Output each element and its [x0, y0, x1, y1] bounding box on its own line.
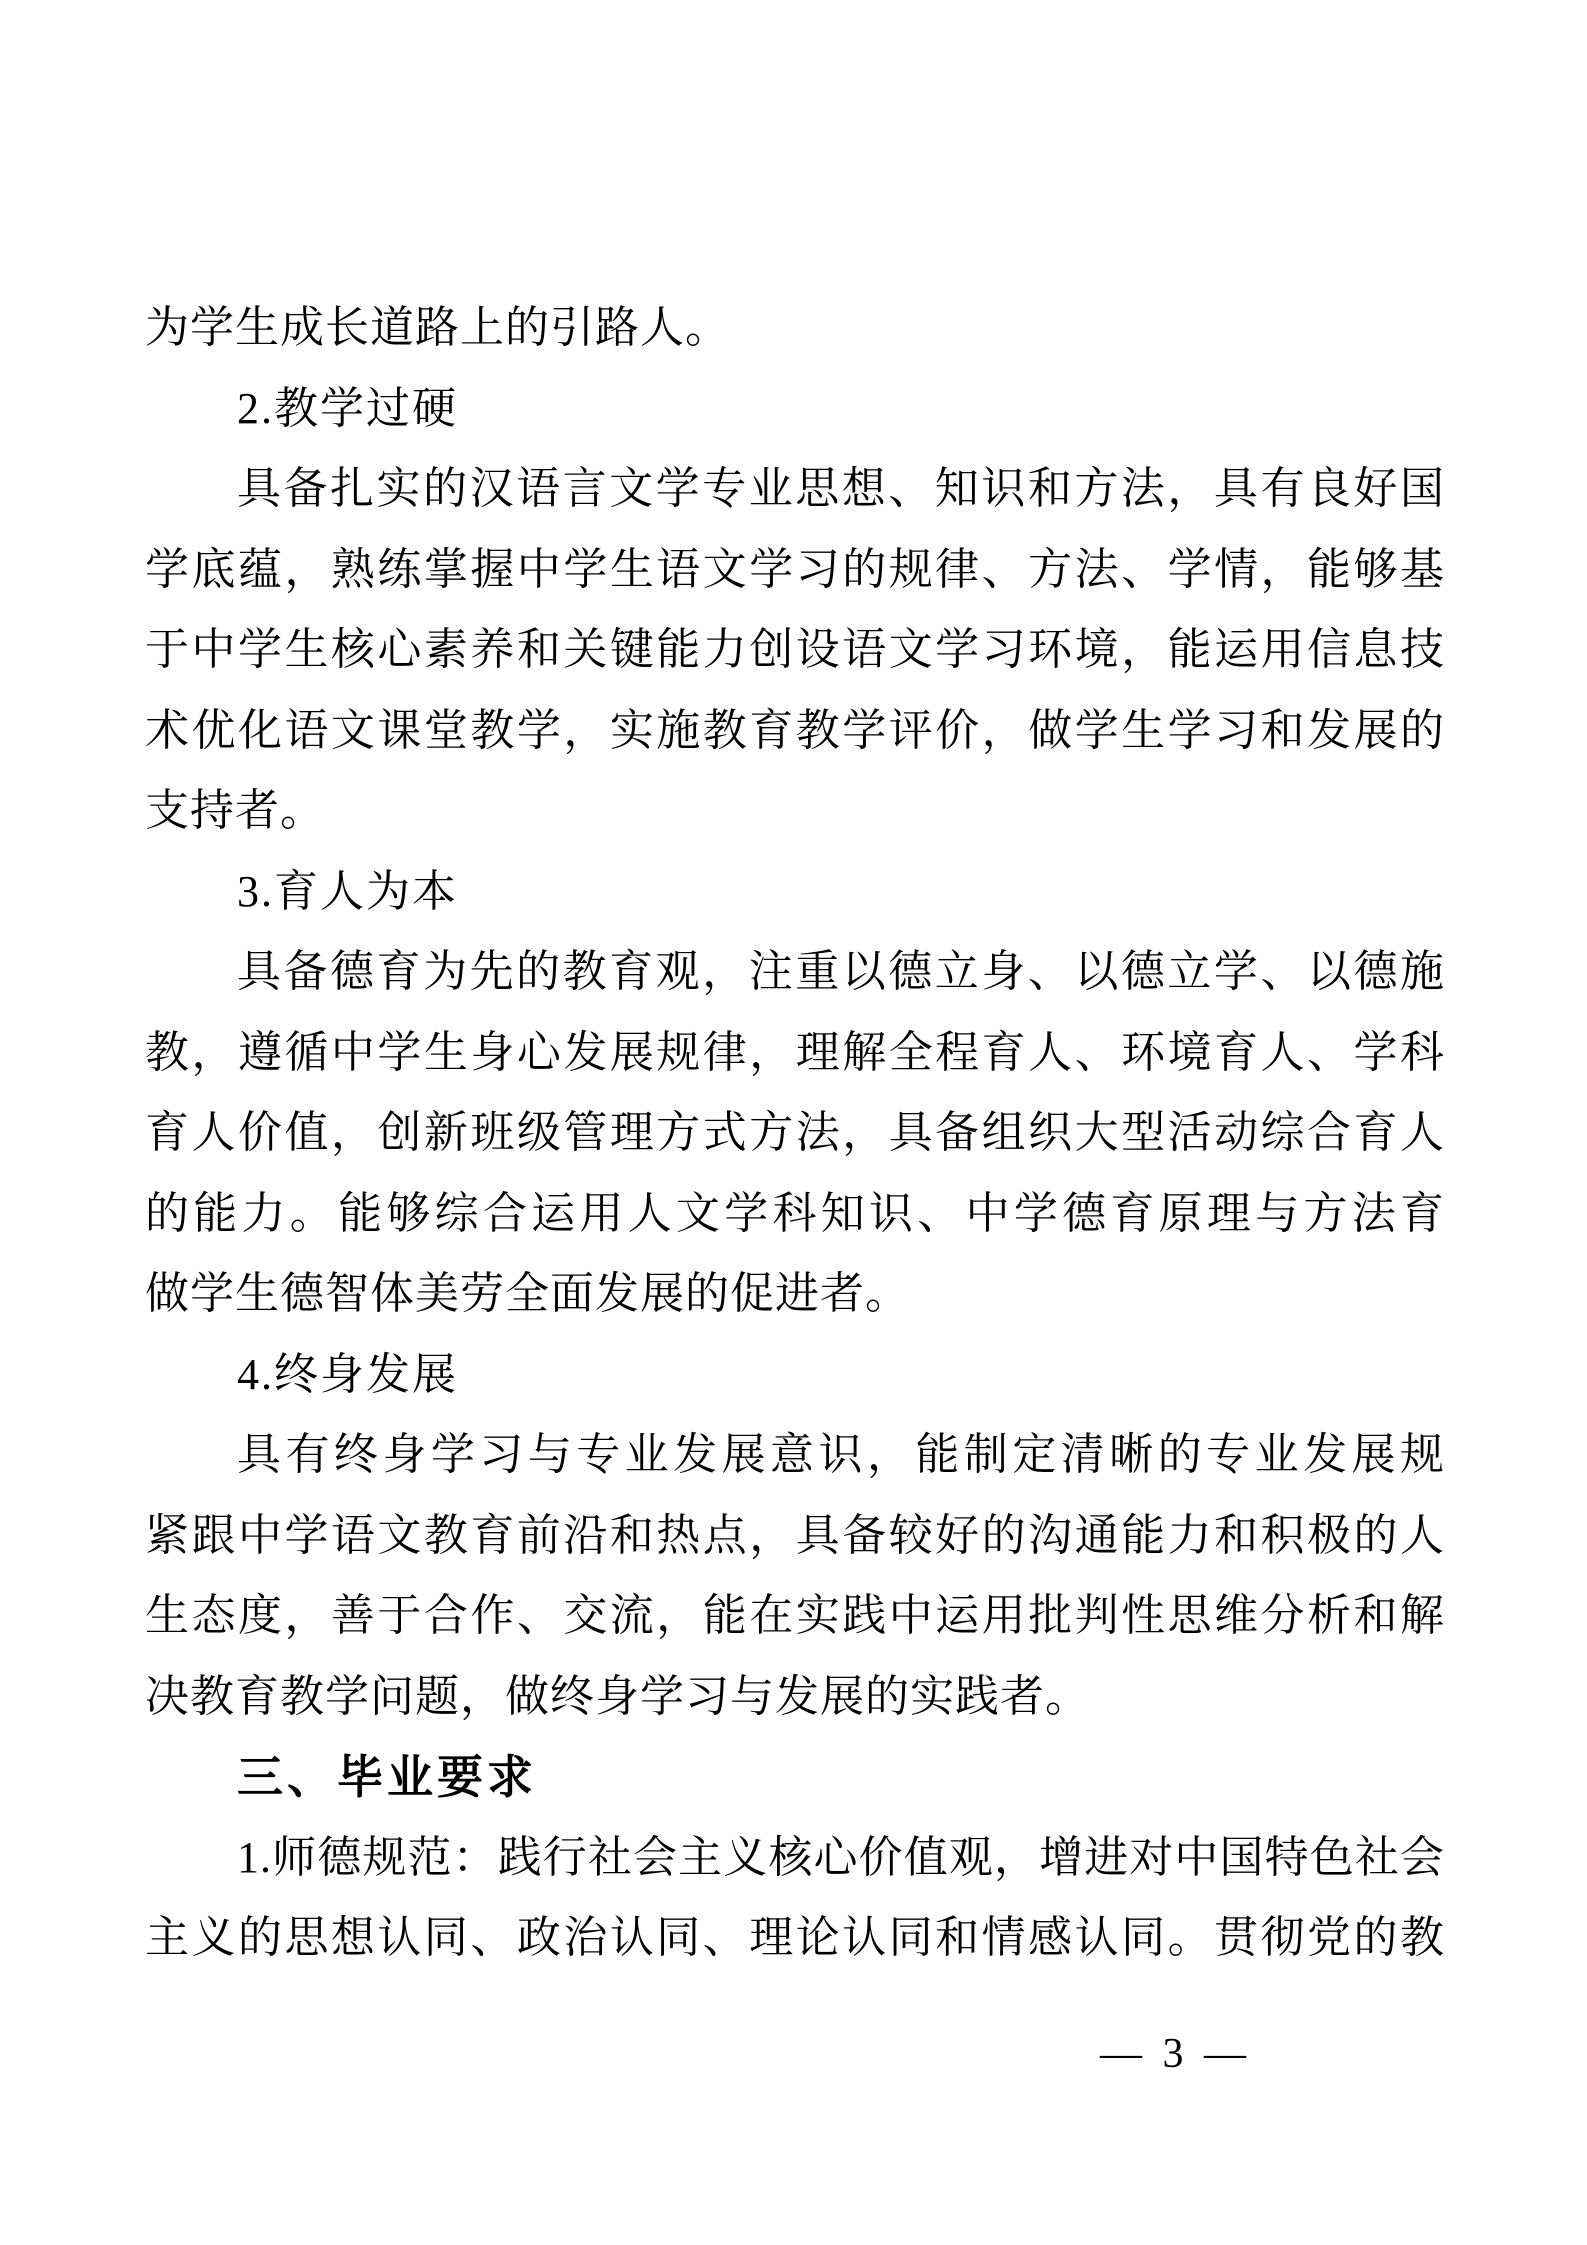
text-line: 做学生德智体美劳全面发展的促进者。 [145, 1254, 1445, 1335]
page-text-block: 为学生成长道路上的引路人。2.教学过硬具备扎实的汉语言文学专业思想、知识和方法，… [145, 288, 1445, 1979]
text-line: 术优化语文课堂教学，实施教育教学评价，做学生学习和发展的 [145, 691, 1445, 772]
section-heading: 3.育人为本 [145, 852, 1445, 933]
text-line: 生态度，善于合作、交流，能在实践中运用批判性思维分析和解 [145, 1576, 1445, 1657]
footer-page-number: — 3 — [1100, 2030, 1251, 2078]
text-line: 具有终身学习与专业发展意识，能制定清晰的专业发展规划， [145, 1415, 1445, 1496]
text-line: 为学生成长道路上的引路人。 [145, 288, 1445, 369]
section-heading: 三、毕业要求 [145, 1737, 1445, 1818]
section-heading: 2.教学过硬 [145, 369, 1445, 450]
text-line: 教，遵循中学生身心发展规律，理解全程育人、环境育人、学科 [145, 1013, 1445, 1094]
text-line: 紧跟中学语文教育前沿和热点，具备较好的沟通能力和积极的人 [145, 1496, 1445, 1577]
text-line: 主义的思想认同、政治认同、理论认同和情感认同。贯彻党的教 [145, 1898, 1445, 1979]
text-line: 决教育教学问题，做终身学习与发展的实践者。 [145, 1657, 1445, 1738]
text-line: 支持者。 [145, 771, 1445, 852]
text-line: 具备德育为先的教育观，注重以德立身、以德立学、以德施 [145, 932, 1445, 1013]
section-heading: 4.终身发展 [145, 1335, 1445, 1416]
text-line: 学底蕴，熟练掌握中学生语文学习的规律、方法、学情，能够基 [145, 530, 1445, 611]
text-line: 于中学生核心素养和关键能力创设语文学习环境，能运用信息技 [145, 610, 1445, 691]
text-line: 的能力。能够综合运用人文学科知识、中学德育原理与方法育人， [145, 1174, 1445, 1255]
text-line: 具备扎实的汉语言文学专业思想、知识和方法，具有良好国 [145, 449, 1445, 530]
text-line: 1.师德规范：践行社会主义核心价值观，增进对中国特色社会 [145, 1818, 1445, 1899]
text-line: 育人价值，创新班级管理方式方法，具备组织大型活动综合育人 [145, 1093, 1445, 1174]
document-page: 为学生成长道路上的引路人。2.教学过硬具备扎实的汉语言文学专业思想、知识和方法，… [0, 0, 1587, 2245]
